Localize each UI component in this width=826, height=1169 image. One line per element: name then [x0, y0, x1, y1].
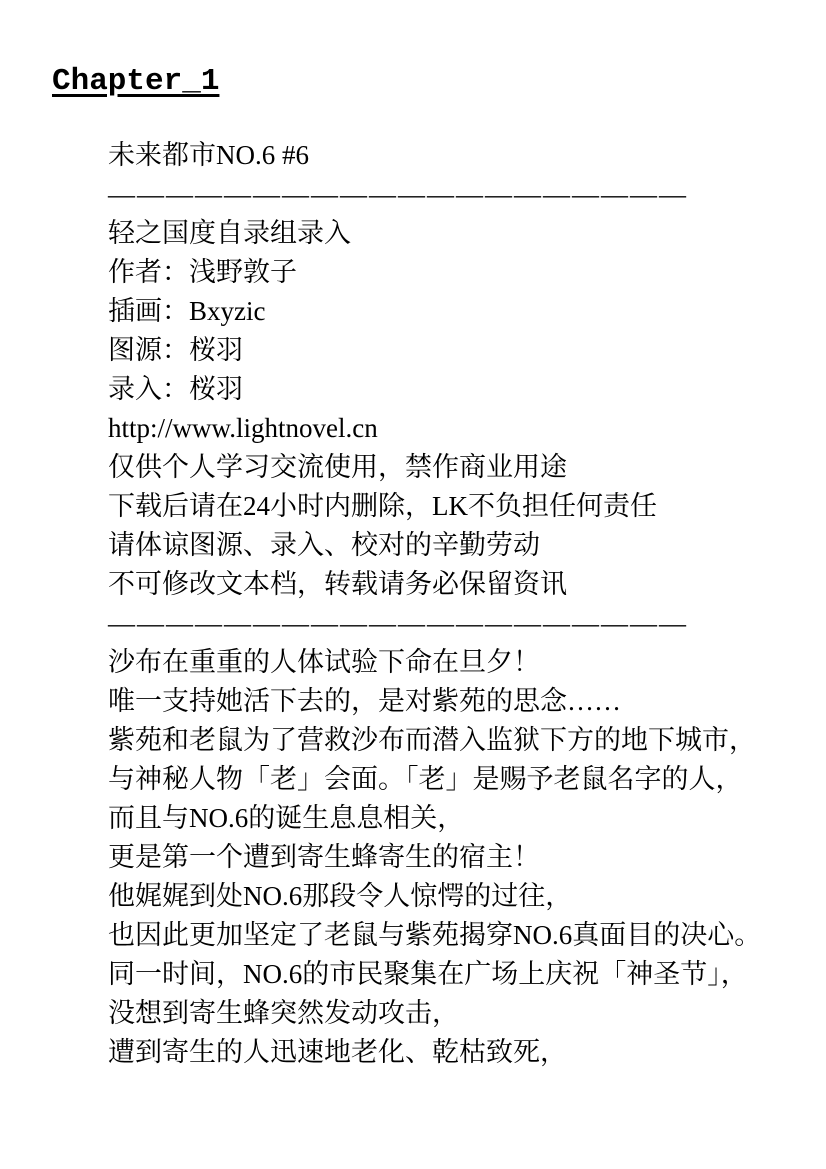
- disclaimer-line-4: 不可修改文本档，转载请务必保留资讯: [108, 565, 808, 604]
- credit-group-line: 轻之国度自录组录入: [108, 214, 808, 253]
- book-title-line: 未来都市NO.6 #6: [108, 136, 808, 175]
- synopsis-line-9: 同一时间，NO.6的市民聚集在广场上庆祝「神圣节」，: [108, 955, 808, 994]
- synopsis-line-4: 与神秘人物「老」会面。「老」是赐予老鼠名字的人，: [108, 760, 808, 799]
- credit-typist-line: 录入：桜羽: [108, 370, 808, 409]
- disclaimer-line-3: 请体谅图源、录入、校对的辛勤劳动: [108, 526, 808, 565]
- synopsis-line-10: 没想到寄生蜂突然发动攻击，: [108, 994, 808, 1033]
- synopsis-line-7: 他娓娓到处NO.6那段令人惊愕的过往，: [108, 877, 808, 916]
- disclaimer-line-1: 仅供个人学习交流使用，禁作商业用途: [108, 448, 808, 487]
- synopsis-line-8: 也因此更加坚定了老鼠与紫苑揭穿NO.6真面目的决心。: [108, 916, 808, 955]
- document-page: Chapter_1 未来都市NO.6 #6 ——————————————————…: [0, 0, 826, 1169]
- credit-image-source-line: 图源：桜羽: [108, 331, 808, 370]
- disclaimer-line-2: 下载后请在24小时内删除，LK不负担任何责任: [108, 487, 808, 526]
- credit-author-line: 作者：浅野敦子: [108, 253, 808, 292]
- website-url-text: http://www.lightnovel.cn: [108, 409, 808, 448]
- synopsis-line-11: 遭到寄生的人迅速地老化、乾枯致死，: [108, 1033, 808, 1072]
- synopsis-line-5: 而且与NO.6的诞生息息相关，: [108, 799, 808, 838]
- separator-line-top: ————————————————————: [108, 175, 808, 214]
- chapter-title: Chapter_1: [52, 64, 219, 99]
- synopsis-line-2: 唯一支持她活下去的，是对紫苑的思念……: [108, 682, 808, 721]
- synopsis-line-3: 紫苑和老鼠为了营救沙布而潜入监狱下方的地下城市，: [108, 721, 808, 760]
- credit-illustrator-line: 插画：Bxyzic: [108, 292, 808, 331]
- synopsis-line-1: 沙布在重重的人体试验下命在旦夕！: [108, 643, 808, 682]
- text-content: 未来都市NO.6 #6 ———————————————————— 轻之国度自录组…: [108, 136, 808, 1072]
- synopsis-line-6: 更是第一个遭到寄生蜂寄生的宿主！: [108, 838, 808, 877]
- separator-line-bottom: ————————————————————: [108, 604, 808, 643]
